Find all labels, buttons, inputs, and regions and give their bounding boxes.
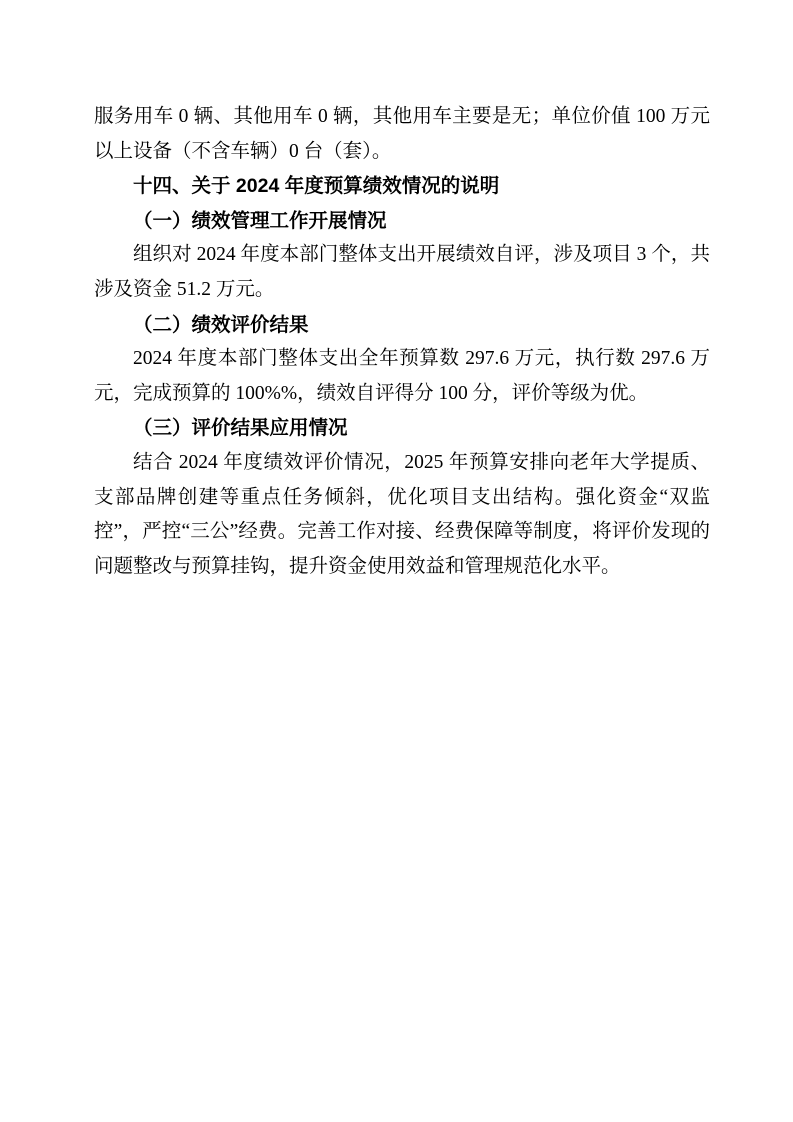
- paragraph-evaluation-result: 2024 年度本部门整体支出全年预算数 297.6 万元，执行数 297.6 万…: [94, 342, 710, 411]
- subsection-heading-2: （二）绩效评价结果: [94, 308, 710, 343]
- subsection-heading-1: （一）绩效管理工作开展情况: [94, 204, 710, 239]
- section-heading-14: 十四、关于 2024 年度预算绩效情况的说明: [94, 169, 710, 204]
- subsection-heading-3: （三）评价结果应用情况: [94, 411, 710, 446]
- paragraph-vehicle-equipment: 服务用车 0 辆、其他用车 0 辆，其他用车主要是无；单位价值 100 万元以上…: [94, 100, 710, 169]
- document-page: 服务用车 0 辆、其他用车 0 辆，其他用车主要是无；单位价值 100 万元以上…: [0, 0, 793, 1122]
- paragraph-result-application: 结合 2024 年度绩效评价情况，2025 年预算安排向老年大学提质、支部品牌创…: [94, 446, 710, 584]
- document-content: 服务用车 0 辆、其他用车 0 辆，其他用车主要是无；单位价值 100 万元以上…: [94, 100, 710, 584]
- paragraph-performance-selfeval: 组织对 2024 年度本部门整体支出开展绩效自评，涉及项目 3 个，共涉及资金 …: [94, 238, 710, 307]
